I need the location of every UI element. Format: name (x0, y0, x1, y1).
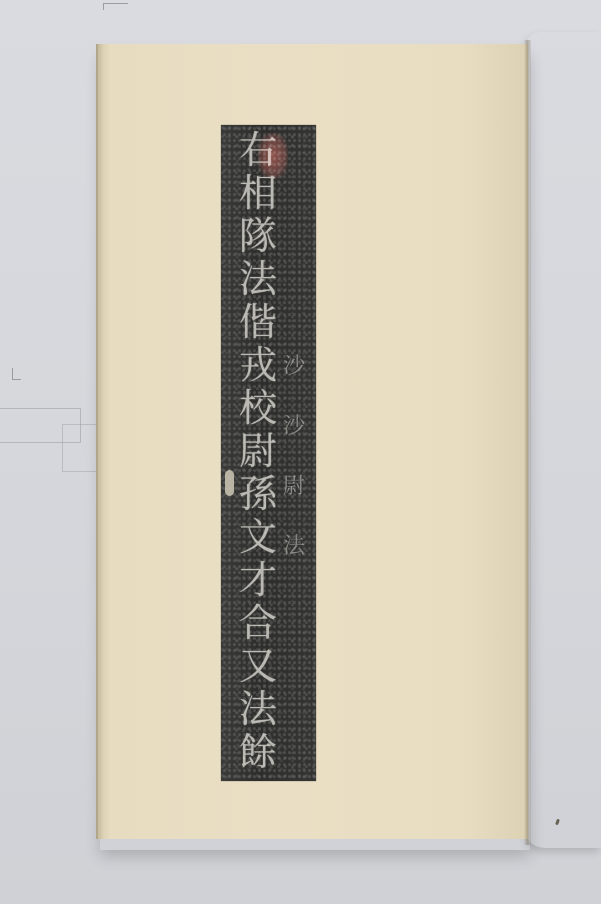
pencil-outline (62, 424, 97, 472)
inscription-glyph: 沙 (283, 397, 305, 457)
ink-rubbing: 右 相 隊 法 偕 戎 校 尉 孫 文 才 合 又 法 餘 沙 沙 尉 法 (221, 125, 316, 781)
red-seal-stamp (258, 133, 288, 179)
inscription-glyph: 文 (239, 516, 277, 559)
pencil-mark (103, 3, 128, 10)
inscription-glyph: 尉 (283, 457, 305, 517)
page-edge-shade (96, 44, 104, 839)
inscription-glyph: 戎 (239, 344, 277, 387)
inscription-glyph: 尉 (239, 430, 277, 473)
page-gutter (524, 40, 531, 845)
inscription-glyph: 隊 (239, 215, 277, 258)
next-page-curl (527, 32, 601, 848)
inscription-glyph: 合 (239, 602, 277, 645)
inscription-glyph: 又 (239, 645, 277, 688)
inscription-glyph: 沙 (283, 337, 305, 397)
inscription-glyph: 才 (239, 559, 277, 602)
inscription-glyph: 孫 (239, 473, 277, 516)
inscription-glyph: 法 (239, 258, 277, 301)
inscription-side-column: 沙 沙 尉 法 (279, 337, 309, 577)
inscription-glyph: 法 (283, 517, 305, 577)
pencil-mark (12, 368, 21, 380)
inscription-main-column: 右 相 隊 法 偕 戎 校 尉 孫 文 才 合 又 法 餘 (233, 129, 283, 774)
inscription-glyph: 偕 (239, 301, 277, 344)
inscription-glyph: 法 (239, 688, 277, 731)
inscription-glyph: 校 (239, 387, 277, 430)
inscription-glyph: 餘 (239, 731, 277, 774)
